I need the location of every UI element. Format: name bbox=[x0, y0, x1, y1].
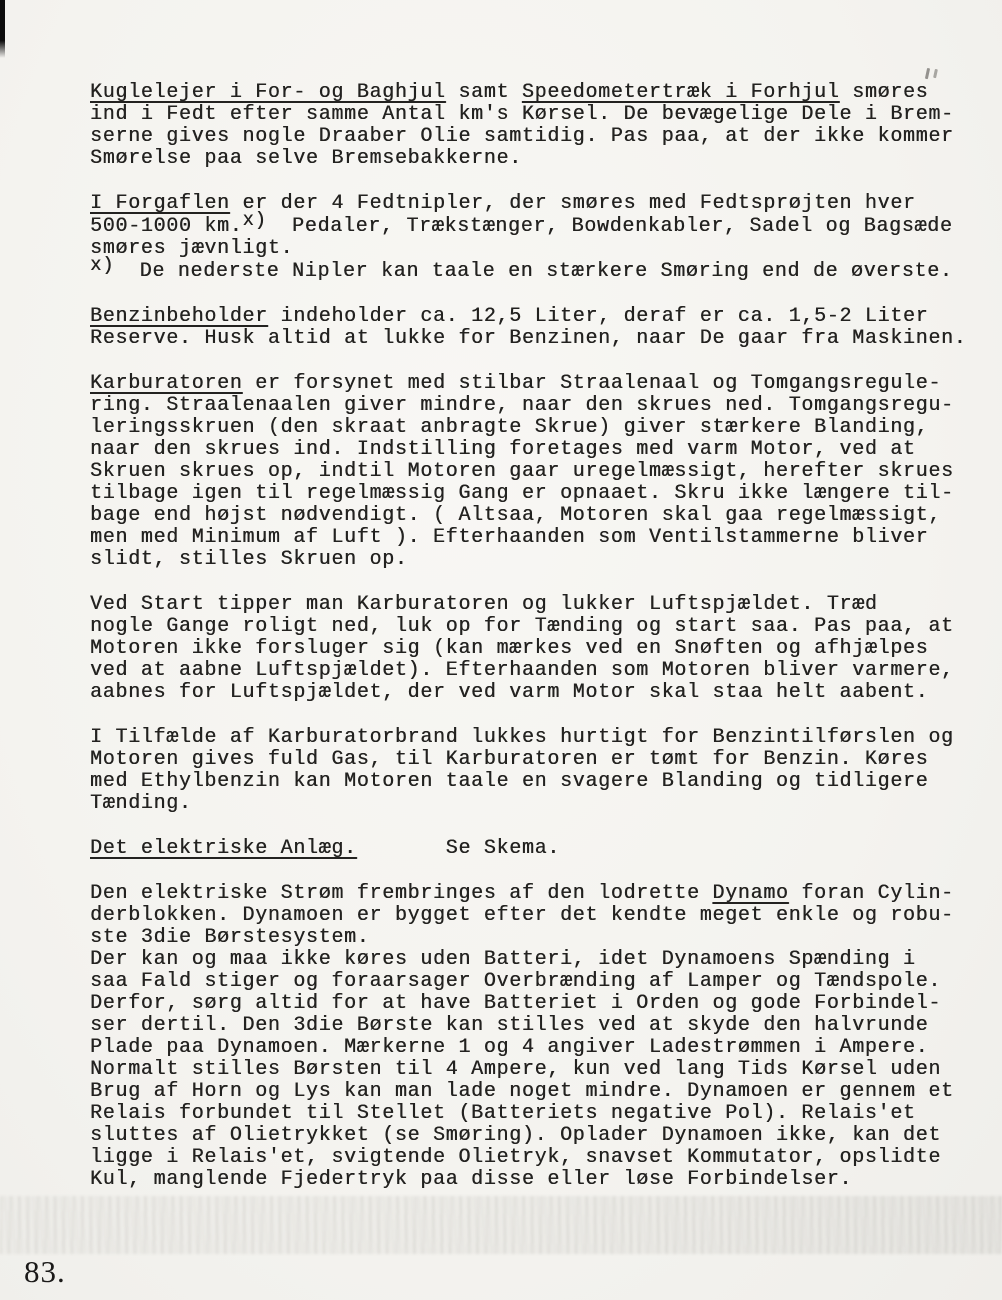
text-line: smøres jævnligt. bbox=[90, 238, 980, 260]
text-line: Der kan og maa ikke køres uden Batteri, … bbox=[90, 949, 980, 971]
page-number: 83. bbox=[24, 1254, 66, 1290]
para-forgaflen: I Forgaflen er der 4 Fedtnipler, der smø… bbox=[90, 193, 980, 283]
text-line: Derfor, sørg altid for at have Batteriet… bbox=[90, 993, 980, 1015]
text-line: Det elektriske Anlæg. Se Skema. bbox=[90, 838, 980, 860]
scan-edge-artifact bbox=[0, 0, 5, 58]
text-line: 500-1000 km.x) Pedaler, Trækstænger, Bow… bbox=[90, 215, 980, 238]
text-line: Motoren ikke forsluger sig (kan mærkes v… bbox=[90, 638, 980, 660]
heading-det-elektriske-anlaeg: Det elektriske Anlæg. Se Skema. bbox=[90, 838, 980, 860]
text-line: naar den skrues ind. Indstilling foretag… bbox=[90, 439, 980, 461]
text-line: Tænding. bbox=[90, 793, 980, 815]
text-line: Karburatoren er forsynet med stilbar Str… bbox=[90, 373, 980, 395]
para-karburatorbrand: I Tilfælde af Karburatorbrand lukkes hur… bbox=[90, 727, 980, 815]
text-line: Motoren gives fuld Gas, til Karburatoren… bbox=[90, 749, 980, 771]
text-line: ser dertil. Den 3die Børste kan stilles … bbox=[90, 1015, 980, 1037]
text-line: ring. Straalenaalen giver mindre, naar d… bbox=[90, 395, 980, 417]
text-line: ind i Fedt efter samme Antal km's Kørsel… bbox=[90, 104, 980, 126]
text-line: Reserve. Husk altid at lukke for Benzine… bbox=[90, 328, 980, 350]
text-line: med Ethylbenzin kan Motoren taale en sva… bbox=[90, 771, 980, 793]
text-line: saa Fald stiger og foraarsager Overbrænd… bbox=[90, 971, 980, 993]
text-line: nogle Gange roligt ned, luk op for Tændi… bbox=[90, 616, 980, 638]
text-line: sluttes af Olietrykket (se Smøring). Opl… bbox=[90, 1125, 980, 1147]
text-line: Smørelse paa selve Bremsebakkerne. bbox=[90, 148, 980, 170]
text-line: I Forgaflen er der 4 Fedtnipler, der smø… bbox=[90, 193, 980, 215]
para-kuglelejer: Kuglelejer i For- og Baghjul samt Speedo… bbox=[90, 82, 980, 170]
text-line: bage end højst nødvendigt. ( Altsaa, Mot… bbox=[90, 505, 980, 527]
text-line: Benzinbeholder indeholder ca. 12,5 Liter… bbox=[90, 306, 980, 328]
para-ved-start: Ved Start tipper man Karburatoren og luk… bbox=[90, 594, 980, 704]
text-line: ligge i Relais'et, svigtende Olietryk, s… bbox=[90, 1147, 980, 1169]
text-line: Ved Start tipper man Karburatoren og luk… bbox=[90, 594, 980, 616]
text-line: I Tilfælde af Karburatorbrand lukkes hur… bbox=[90, 727, 980, 749]
text-line: leringsskruen (den skraat anbragte Skrue… bbox=[90, 417, 980, 439]
text-line: Plade paa Dynamoen. Mærkerne 1 og 4 angi… bbox=[90, 1037, 980, 1059]
text-line: serne gives nogle Draaber Olie samtidig.… bbox=[90, 126, 980, 148]
text-line: tilbage igen til regelmæssig Gang er opn… bbox=[90, 483, 980, 505]
text-line: Kul, manglende Fjedertryk paa disse elle… bbox=[90, 1169, 980, 1191]
para-karburatoren: Karburatoren er forsynet med stilbar Str… bbox=[90, 373, 980, 571]
text-line: Skruen skrues op, indtil Motoren gaar ur… bbox=[90, 461, 980, 483]
text-line: derblokken. Dynamoen er bygget efter det… bbox=[90, 905, 980, 927]
text-line: slidt, stilles Skruen op. bbox=[90, 549, 980, 571]
para-benzinbeholder: Benzinbeholder indeholder ca. 12,5 Liter… bbox=[90, 306, 980, 350]
text-line: Normalt stilles Børsten til 4 Ampere, ku… bbox=[90, 1059, 980, 1081]
text-line: ved at aabne Luftspjældet). Efterhaanden… bbox=[90, 660, 980, 682]
scanned-page: Kuglelejer i For- og Baghjul samt Speedo… bbox=[0, 0, 1002, 1300]
text-line: Den elektriske Strøm frembringes af den … bbox=[90, 883, 980, 905]
page-text: Kuglelejer i For- og Baghjul samt Speedo… bbox=[90, 82, 980, 1214]
text-line: aabnes for Luftspjældet, der ved varm Mo… bbox=[90, 682, 980, 704]
text-line: ste 3die Børstesystem. bbox=[90, 927, 980, 949]
text-line: x) De nederste Nipler kan taale en stærk… bbox=[90, 260, 980, 283]
text-line: Brug af Horn og Lys kan man lade noget m… bbox=[90, 1081, 980, 1103]
para-dynamo: Den elektriske Strøm frembringes af den … bbox=[90, 883, 980, 1191]
text-line: Kuglelejer i For- og Baghjul samt Speedo… bbox=[90, 82, 980, 104]
text-line: men med Minimum af Luft ). Efterhaanden … bbox=[90, 527, 980, 549]
text-line: Relais forbundet til Stellet (Batteriets… bbox=[90, 1103, 980, 1125]
